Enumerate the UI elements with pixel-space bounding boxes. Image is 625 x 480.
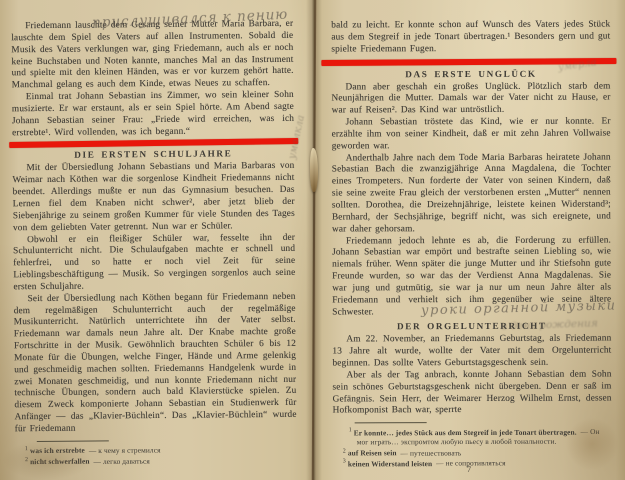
paragraph: Dann aber geschah ein großes Unglück. Pl… [331,81,610,118]
paragraph: Friedemann jedoch lehnte es ab, die Ford… [332,235,611,319]
paragraph: Anderthalb Jahre nach dem Tode Maria Bar… [332,152,611,236]
red-underline-marker [321,58,616,66]
section-heading: DER ORGELUNTERRICHT [332,321,611,332]
left-page-text-column: Friedemann lauschte dem Gesang seiner Mu… [0,0,315,467]
paragraph: Aber als der Tag anbrach, konnte Johann … [332,369,611,417]
paragraph: Johann Sebastian tröstete das Kind, wie … [332,117,611,154]
footnote-german: auf Reisen sein [348,448,397,457]
paper-stain [565,418,619,470]
paragraph: Einmal trat Johann Sebastian ins Zimmer,… [12,90,294,140]
footnote-russian: — к чему я стремился [89,445,161,455]
paragraph: Seit der Übersiedlung nach Köthen begann… [14,292,297,437]
right-page: умерла уроки органной музыки в день рожд… [313,0,625,480]
paragraph: bald zu leicht. Er konnte schon auf Wuns… [331,20,610,57]
paragraph: Am 22. November, an Friedemanns Geburtst… [332,334,611,371]
left-page: прислушивался к пению умолкла Friedemann… [0,0,313,480]
paper-stain [2,440,92,480]
footnote-russian: — путешествовать [400,448,461,457]
footnote-separator [355,422,427,423]
paragraph: Obwohl er ein fleißiger Schüler war, fes… [13,232,296,294]
footnote-number: 2 [343,448,346,454]
paragraph: Mit der Übersiedlung Johann Sebastians u… [12,161,295,235]
paragraph: Friedemann lauschte dem Gesang seiner Mu… [11,19,294,93]
footnote-russian: — легко даваться [93,456,149,465]
red-underline-marker [9,138,298,148]
section-heading: DAS ERSTE UNGLÜCK [331,68,610,79]
right-page-text-column: bald zu leicht. Er konnte schon auf Wuns… [312,0,625,469]
footnote-number: 1 [349,428,352,434]
footnote-german: Er konnte… jedes Stück aus dem Stegreif … [354,427,577,437]
section-heading: DIE ERSTEN SCHULJAHRE [12,148,294,160]
book-scan: прислушивался к пению умолкла Friedemann… [0,0,625,480]
